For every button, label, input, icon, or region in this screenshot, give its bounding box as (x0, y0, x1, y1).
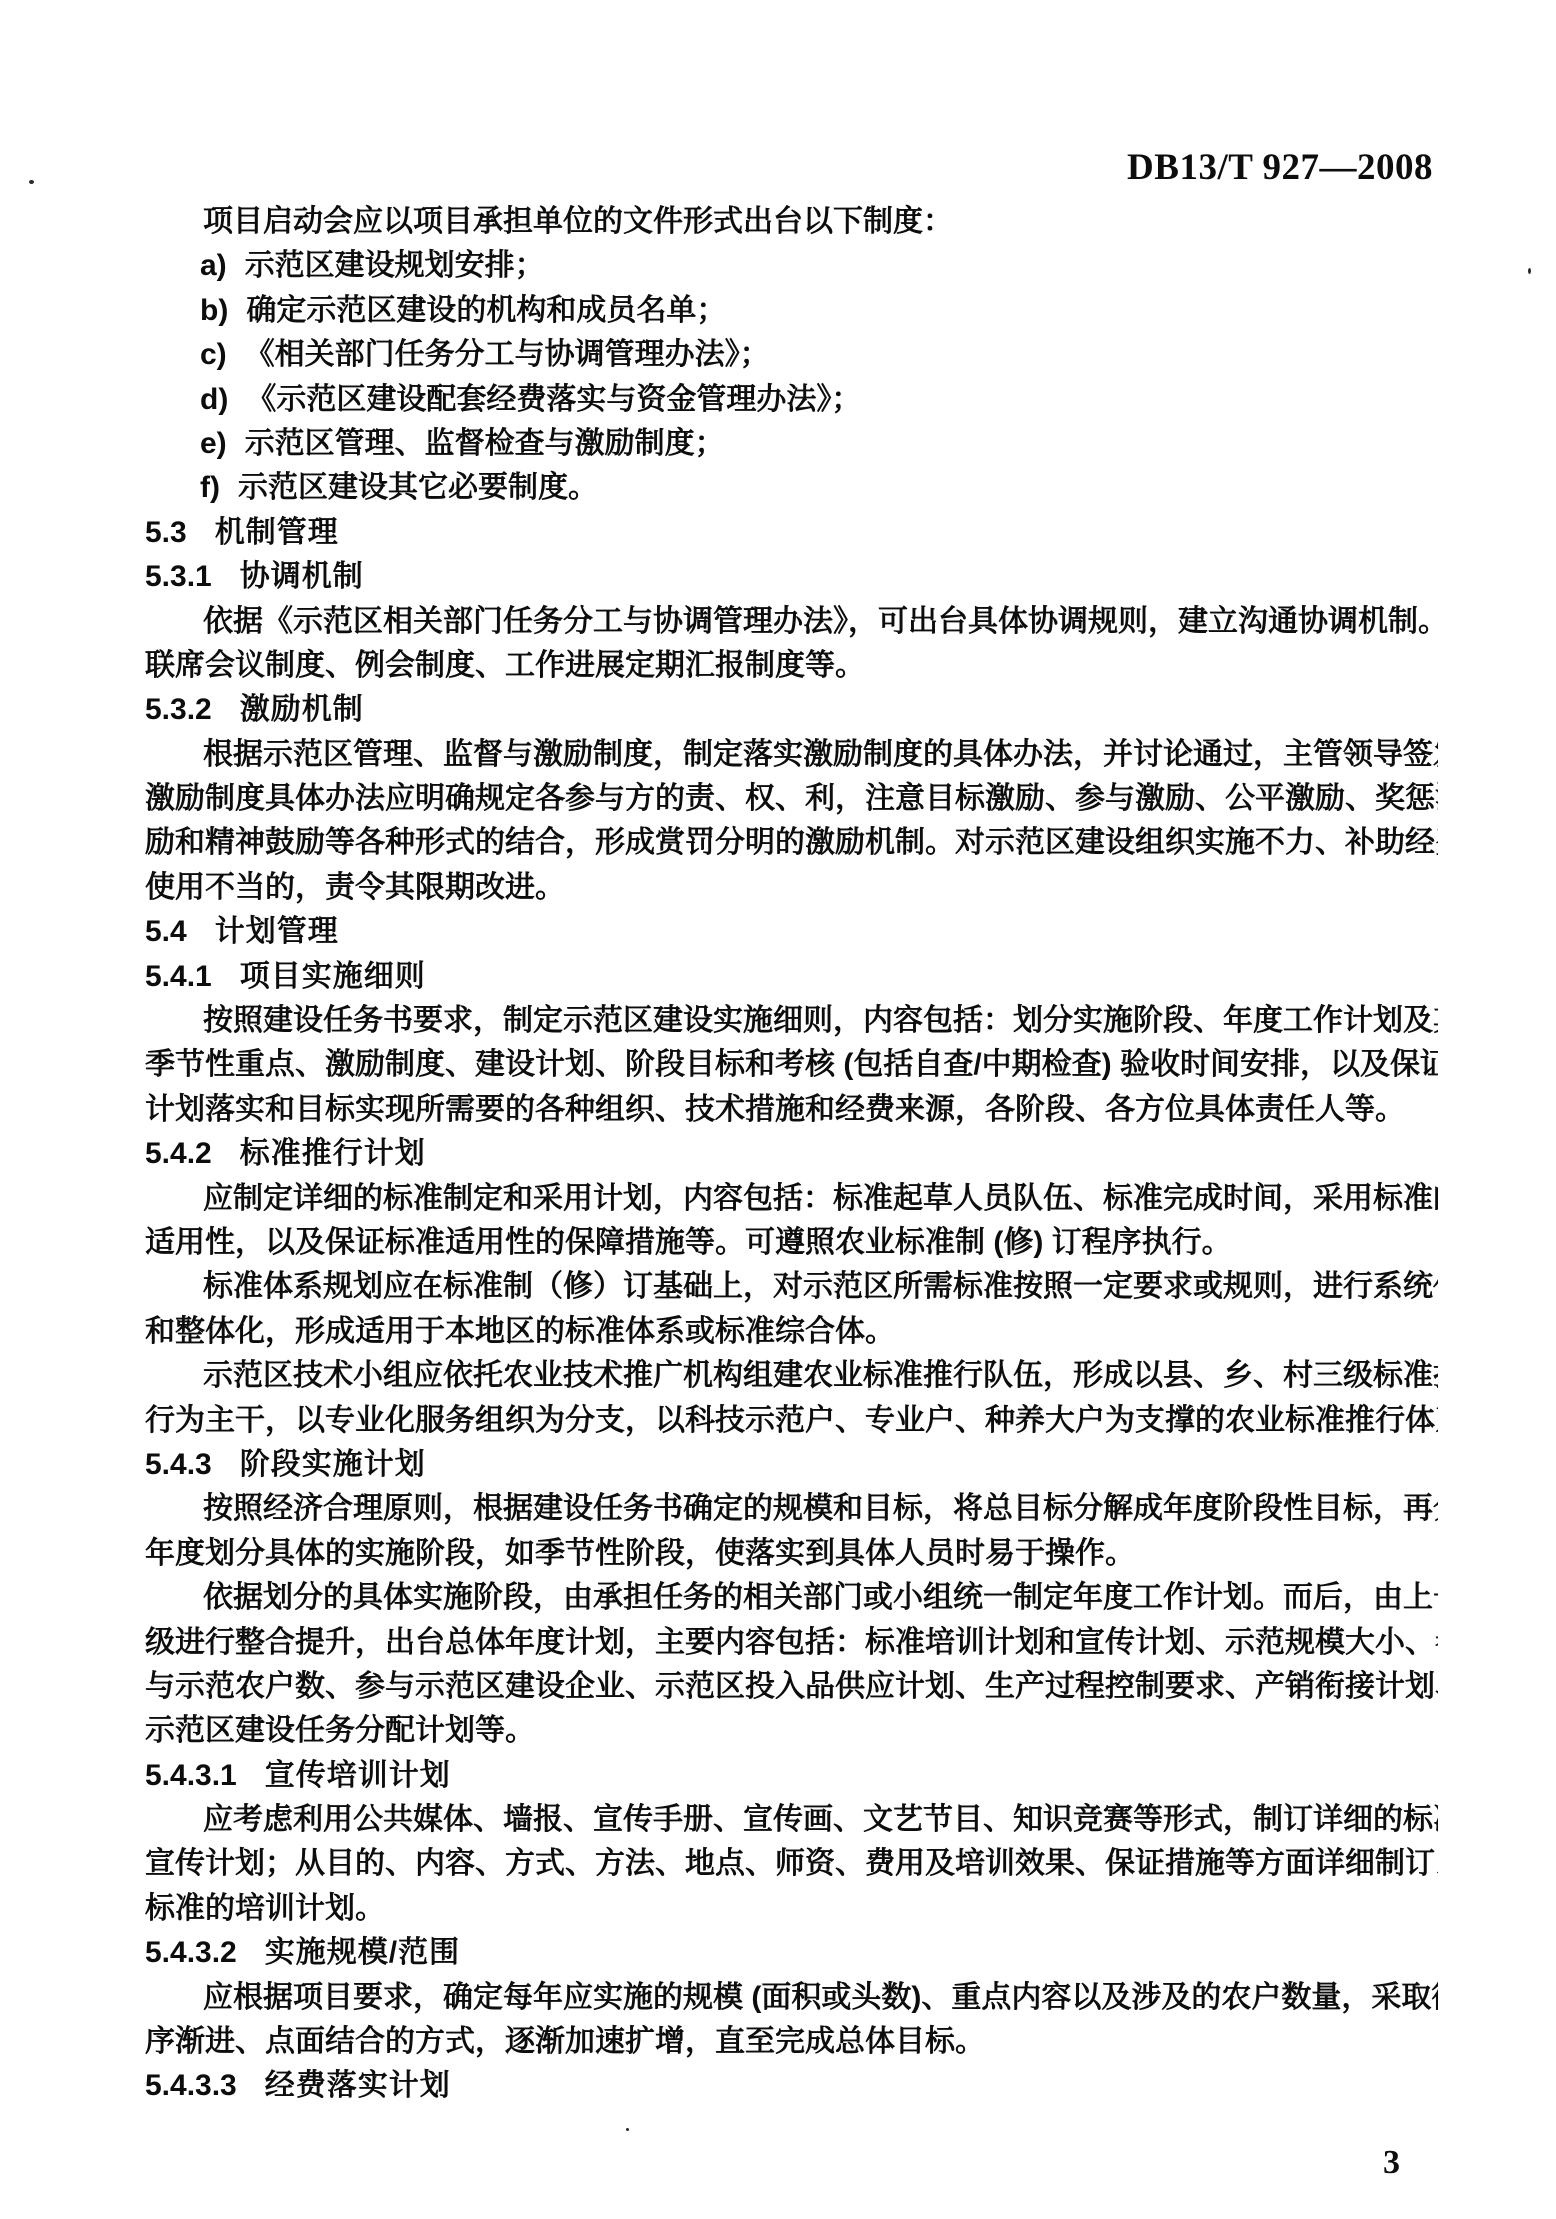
list-item-text: 《示范区建设配套经费落实与资金管理办法》； (246, 378, 861, 422)
page-number: 3 (1383, 2144, 1400, 2182)
section-heading: 5.4.3.3经费落实计划 (145, 2064, 1438, 2108)
paragraph-line: 按照建设任务书要求，制定示范区建设实施细则，内容包括：划分实施阶段、年度工作计划… (145, 999, 1438, 1043)
scan-speck (1528, 268, 1531, 274)
paragraph-line: 根据示范区管理、监督与激励制度，制定落实激励制度的具体办法，并讨论通过，主管领导… (145, 733, 1438, 777)
paragraph-line: 示范区建设任务分配计划等。 (145, 1709, 1438, 1753)
section-title: 项目实施细则 (240, 955, 426, 999)
section-title: 经费落实计划 (265, 2064, 451, 2108)
paragraph-line: 标准的培训计划。 (145, 1887, 1438, 1931)
list-item-label: f) (200, 466, 220, 510)
paragraph-line: 应根据项目要求，确定每年应实施的规模 (面积或头数)、重点内容以及涉及的农户数量… (145, 1976, 1438, 2020)
list-item-text: 示范区管理、监督检查与激励制度； (245, 422, 725, 466)
section-title: 激励机制 (240, 688, 364, 732)
section-heading: 5.3.2激励机制 (145, 688, 1438, 732)
paragraph-line: 示范区技术小组应依托农业技术推广机构组建农业标准推行队伍，形成以县、乡、村三级标… (145, 1354, 1438, 1398)
paragraph-line: 依据划分的具体实施阶段，由承担任务的相关部门或小组统一制定年度工作计划。而后，由… (145, 1576, 1438, 1620)
section-title: 实施规模/范围 (265, 1931, 460, 1975)
list-item: d)《示范区建设配套经费落实与资金管理办法》； (145, 378, 1438, 422)
section-heading: 5.4.3阶段实施计划 (145, 1443, 1438, 1487)
section-title: 计划管理 (215, 910, 339, 954)
section-heading: 5.4计划管理 (145, 910, 1438, 954)
section-number: 5.4.3.2 (145, 1931, 237, 1975)
document-body: 项目启动会应以项目承担单位的文件形式出台以下制度：a)示范区建设规划安排；b)确… (145, 200, 1438, 2109)
list-item: f)示范区建设其它必要制度。 (145, 466, 1438, 510)
section-number: 5.3.1 (145, 555, 212, 599)
paragraph-line: 联席会议制度、例会制度、工作进展定期汇报制度等。 (145, 644, 1438, 688)
section-number: 5.3 (145, 511, 187, 555)
paragraph-line: 使用不当的，责令其限期改进。 (145, 866, 1438, 910)
paragraph-line: 计划落实和目标实现所需要的各种组织、技术措施和经费来源，各阶段、各方位具体责任人… (145, 1088, 1438, 1132)
section-number: 5.4.3.1 (145, 1754, 237, 1798)
section-heading: 5.4.3.2实施规模/范围 (145, 1931, 1438, 1975)
paragraph-line: 级进行整合提升，出台总体年度计划，主要内容包括：标准培训计划和宣传计划、示范规模… (145, 1621, 1438, 1665)
paragraph-line: 年度划分具体的实施阶段，如季节性阶段，使落实到具体人员时易于操作。 (145, 1532, 1438, 1576)
list-item-text: 确定示范区建设的机构和成员名单； (246, 289, 726, 333)
section-title: 标准推行计划 (240, 1132, 426, 1176)
paragraph-line: 与示范农户数、参与示范区建设企业、示范区投入品供应计划、生产过程控制要求、产销衔… (145, 1665, 1438, 1709)
paragraph-line: 宣传计划；从目的、内容、方式、方法、地点、师资、费用及培训效果、保证措施等方面详… (145, 1842, 1438, 1886)
list-item-text: 示范区建设规划安排； (245, 244, 545, 288)
list-item-label: d) (200, 378, 228, 422)
section-heading: 5.3机制管理 (145, 511, 1438, 555)
section-title: 协调机制 (240, 555, 364, 599)
paragraph-line: 依据《示范区相关部门任务分工与协调管理办法》，可出台具体协调规则，建立沟通协调机… (145, 600, 1438, 644)
standard-number-header: DB13/T 927—2008 (1127, 146, 1433, 189)
paragraph-line: 适用性，以及保证标准适用性的保障措施等。可遵照农业标准制 (修) 订程序执行。 (145, 1221, 1438, 1265)
section-number: 5.4.2 (145, 1132, 212, 1176)
document-page: DB13/T 927—2008 项目启动会应以项目承担单位的文件形式出台以下制度… (0, 0, 1556, 2219)
scan-speck (29, 180, 34, 184)
list-item: c)《相关部门任务分工与协调管理办法》； (145, 333, 1438, 377)
section-number: 5.4 (145, 910, 187, 954)
section-heading: 5.3.1协调机制 (145, 555, 1438, 599)
list-item-label: c) (200, 333, 227, 377)
list-item-label: a) (200, 244, 227, 288)
paragraph-line: 行为主干，以专业化服务组织为分支，以科技示范户、专业户、种养大户为支撑的农业标准… (145, 1399, 1438, 1443)
list-item-text: 《相关部门任务分工与协调管理办法》； (245, 333, 770, 377)
scan-speck (626, 2128, 629, 2131)
section-heading: 5.4.3.1宣传培训计划 (145, 1754, 1438, 1798)
paragraph-line: 励和精神鼓励等各种形式的结合，形成赏罚分明的激励机制。对示范区建设组织实施不力、… (145, 821, 1438, 865)
list-item: e)示范区管理、监督检查与激励制度； (145, 422, 1438, 466)
paragraph-line: 应考虑利用公共媒体、墙报、宣传手册、宣传画、文艺节目、知识竞赛等形式，制订详细的… (145, 1798, 1438, 1842)
section-number: 5.4.3.3 (145, 2064, 237, 2108)
paragraph-line: 和整体化，形成适用于本地区的标准体系或标准综合体。 (145, 1310, 1438, 1354)
paragraph-line: 序渐进、点面结合的方式，逐渐加速扩增，直至完成总体目标。 (145, 2020, 1438, 2064)
section-heading: 5.4.1项目实施细则 (145, 955, 1438, 999)
section-title: 宣传培训计划 (265, 1754, 451, 1798)
paragraph-line: 按照经济合理原则，根据建设任务书确定的规模和目标，将总目标分解成年度阶段性目标，… (145, 1487, 1438, 1531)
paragraph-line: 激励制度具体办法应明确规定各参与方的责、权、利，注意目标激励、参与激励、公平激励… (145, 777, 1438, 821)
list-item-label: b) (200, 289, 228, 333)
section-title: 阶段实施计划 (240, 1443, 426, 1487)
section-heading: 5.4.2标准推行计划 (145, 1132, 1438, 1176)
section-number: 5.4.1 (145, 955, 212, 999)
list-item: b)确定示范区建设的机构和成员名单； (145, 289, 1438, 333)
paragraph-line: 项目启动会应以项目承担单位的文件形式出台以下制度： (145, 200, 1438, 244)
list-item-text: 示范区建设其它必要制度。 (238, 466, 598, 510)
section-title: 机制管理 (215, 511, 339, 555)
section-number: 5.4.3 (145, 1443, 212, 1487)
paragraph-line: 标准体系规划应在标准制（修）订基础上，对示范区所需标准按照一定要求或规则，进行系… (145, 1265, 1438, 1309)
paragraph-line: 季节性重点、激励制度、建设计划、阶段目标和考核 (包括自查/中期检查) 验收时间… (145, 1043, 1438, 1087)
section-number: 5.3.2 (145, 688, 212, 732)
paragraph-line: 应制定详细的标准制定和采用计划，内容包括：标准起草人员队伍、标准完成时间，采用标… (145, 1177, 1438, 1221)
list-item: a)示范区建设规划安排； (145, 244, 1438, 288)
list-item-label: e) (200, 422, 227, 466)
